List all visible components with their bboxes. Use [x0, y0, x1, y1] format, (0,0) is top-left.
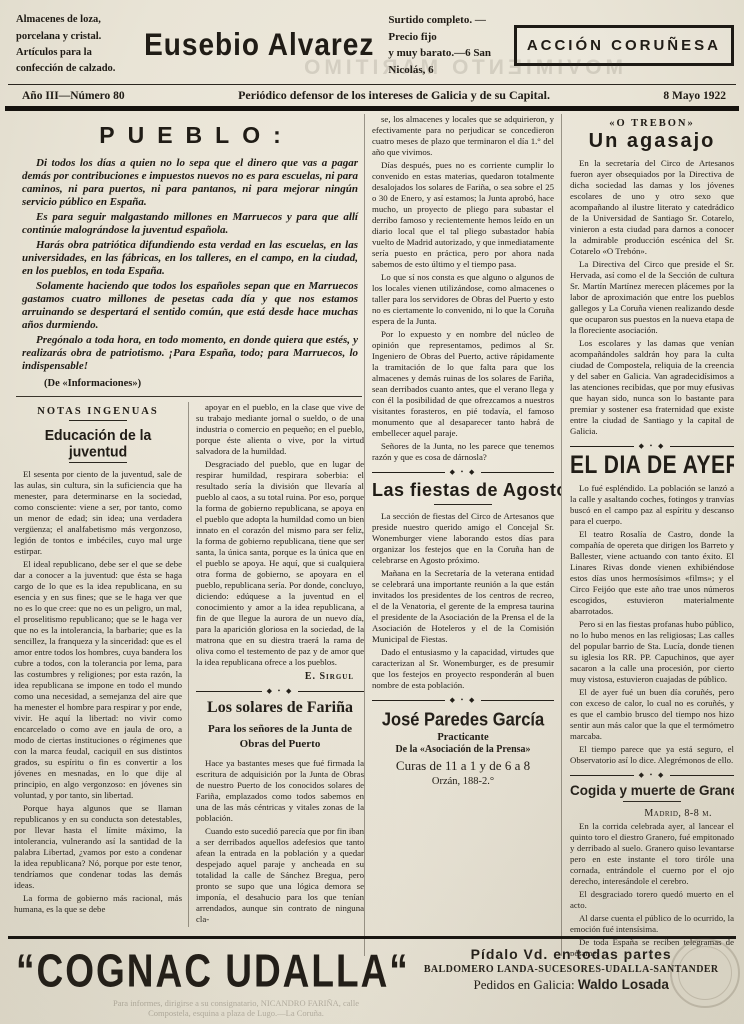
paragraph: Solamente haciendo que todos los español…	[22, 280, 358, 332]
article-pueblo: PUEBLO: Di todos los días a quien no lo …	[14, 122, 364, 389]
paragraph: Los escolares y las damas que venían aco…	[570, 338, 734, 437]
article-body: Hace ya bastantes meses que fué firmada …	[196, 758, 364, 925]
article-body: En la secretaría del Circo de Artesanos …	[570, 158, 734, 437]
article-subtitle: Para los señores de la Junta de Obras de…	[200, 722, 360, 752]
article-body: Lo fué espléndido. La población se lanzó…	[570, 483, 734, 766]
header: Almacenes de loza, porcelana y cristal. …	[0, 0, 744, 80]
divider	[8, 936, 736, 939]
issue-number: Año III—Número 80	[22, 90, 125, 102]
ornament-glyph	[634, 442, 671, 450]
ornament-glyph	[262, 687, 299, 695]
article-body: apoyar en el pueblo, en la clase que viv…	[196, 402, 364, 668]
paragraph: Hace ya bastantes meses que fué firmada …	[196, 758, 364, 824]
section-kicker: NOTAS INGENUAS	[14, 406, 182, 417]
article-body: se, los almacenes y locales que se adqui…	[372, 114, 554, 463]
paragraph: Por lo expuesto y en nombre del núcleo d…	[372, 329, 554, 439]
advert-right: Surtido completo. — Precio fijo y muy ba…	[384, 12, 503, 78]
article-signature: E. Sirgul	[196, 671, 364, 682]
divider	[623, 801, 681, 802]
divider	[16, 396, 362, 397]
article-title: EL DIA DE AYER	[570, 452, 734, 481]
paragraph: Mañana en la Secretaría de la veterana e…	[372, 568, 554, 645]
advert-brand: “COGNAC UDALLA“	[0, 945, 410, 998]
paragraph: Lo que sí nos consta es que alguno o alg…	[372, 272, 554, 327]
ornament-divider	[196, 687, 364, 695]
paragraph: Lo fué espléndido. La población se lanzó…	[570, 483, 734, 527]
store-name: Eusebio Alvarez	[144, 27, 374, 63]
paragraph: El tiempo parece que ya está seguro, el …	[570, 744, 734, 766]
paper-motto: Periódico defensor de los intereses de G…	[238, 88, 550, 103]
paragraph: Harás obra patriótica difundiendo esta v…	[22, 239, 358, 278]
ornament-divider	[570, 442, 734, 450]
article-title: PUEBLO:	[22, 122, 358, 149]
paragraph: La Directiva del Circo que preside el Sr…	[570, 259, 734, 336]
stamp-mark	[670, 938, 740, 1008]
article-body: La sección de fiestas del Circo de Artes…	[372, 511, 554, 691]
sub-columns: NOTAS INGENUAS Educación de la juventud …	[14, 402, 364, 927]
advert-line-prefix: Pedidos en Galicia:	[473, 977, 577, 992]
paragraph: Desgraciado del pueblo, que en lugar de …	[196, 459, 364, 668]
paragraph: El ideal republicano, debe ser el que se…	[14, 559, 182, 801]
left-column-pair: PUEBLO: Di todos los días a quien no lo …	[14, 114, 364, 956]
advert-line: De la «Asociación de la Prensa»	[372, 744, 554, 755]
advert-left-line1: Almacenes de loza, porcelana y cristal.	[16, 12, 134, 45]
newspaper-page: MOVIMIENTO MARITIMO Almacenes de loza, p…	[0, 0, 744, 1024]
advert-left: Almacenes de loza, porcelana y cristal. …	[16, 12, 134, 77]
paragraph: El de ayer fué un buen día coruñés, pero…	[570, 687, 734, 742]
ornament-glyph	[445, 696, 482, 704]
article-title: Cogida y muerte de Granero	[570, 783, 734, 798]
advert-line: Curas de 11 a 1 y de 6 a 8	[372, 758, 554, 774]
advert-cognac: “COGNAC UDALLA“ Pídalo Vd. en todas part…	[0, 945, 744, 993]
paragraph: se, los almacenes y locales que se adqui…	[372, 114, 554, 158]
advert-right-line2: y muy barato.—6 San Nicolás, 6	[388, 45, 503, 78]
ornament-divider	[372, 468, 554, 476]
article-body: Di todos los días a quien no lo sepa que…	[22, 157, 358, 373]
paragraph: El sesenta por ciento de la juventud, sa…	[14, 469, 182, 557]
paragraph: Pero si en las fiestas profanas hubo púb…	[570, 619, 734, 685]
article-title: Educación de la juventud	[14, 426, 182, 460]
paragraph: apoyar en el pueblo, en la clase que viv…	[196, 402, 364, 457]
advert-contact-name: Waldo Losada	[578, 977, 669, 992]
dateline: Año III—Número 80 Periódico defensor de …	[0, 85, 744, 105]
masthead-title: ACCIÓN CORUÑESA	[514, 25, 734, 66]
paragraph: En la secretaría del Circo de Artesanos …	[570, 158, 734, 257]
bleedthrough-text: Para informes, dirigirse a su consignata…	[96, 998, 376, 1018]
article-title: Las fiestas de Agosto	[372, 480, 554, 501]
column-1: NOTAS INGENUAS Educación de la juventud …	[14, 402, 188, 927]
article-dateline: Madrid, 8-8 m.	[570, 808, 734, 819]
advert-left-line2: Artículos para la confección de calzado.	[16, 45, 134, 78]
paragraph: Días después, pues no es corriente cumpl…	[372, 160, 554, 270]
main-content: PUEBLO: Di todos los días a quien no lo …	[14, 114, 734, 956]
paragraph: Dado el entusiasmo y la capacidad, virtu…	[372, 647, 554, 691]
paragraph: Señores de la Junta, no les parece que t…	[372, 441, 554, 463]
divider	[5, 106, 739, 111]
paragraph: Pregónalo a toda hora, en todo momento, …	[22, 334, 358, 373]
advert-right-line1: Surtido completo. — Precio fijo	[388, 12, 503, 45]
divider	[69, 420, 127, 421]
paragraph: Es para seguir malgastando millones en M…	[22, 211, 358, 237]
column-3: se, los almacenes y locales que se adqui…	[364, 114, 561, 956]
advert-line: Practicante	[372, 732, 554, 743]
divider	[434, 504, 492, 505]
ornament-divider	[570, 771, 734, 779]
paragraph: La sección de fiestas del Circo de Artes…	[372, 511, 554, 566]
issue-date: 8 Mayo 1922	[663, 90, 726, 102]
bottom-ad-band: “COGNAC UDALLA“ Pídalo Vd. en todas part…	[0, 936, 744, 1024]
divider	[69, 462, 127, 463]
column-2: apoyar en el pueblo, en la clase que viv…	[188, 402, 364, 927]
ornament-glyph	[445, 468, 482, 476]
article-title: Los solares de Fariña	[196, 699, 364, 717]
column-4: «O TREBON» Un agasajo En la secretaría d…	[561, 114, 734, 956]
ornament-glyph	[634, 771, 671, 779]
article-source: (De «Informaciones»)	[22, 378, 358, 389]
advert-name: José Paredes García	[372, 710, 554, 731]
advert-line: Orzán, 188-2.°	[372, 776, 554, 787]
section-kicker: «O TREBON»	[570, 118, 734, 129]
paragraph: En la corrida celebrada ayer, al lancear…	[570, 821, 734, 887]
advert-paredes: José Paredes García Practicante De la «A…	[372, 711, 554, 787]
paragraph: La forma de gobierno más racional, más h…	[14, 893, 182, 915]
article-title: Un agasajo	[570, 130, 734, 153]
paragraph: Porque haya algunos que se llaman republ…	[14, 803, 182, 891]
paragraph: Di todos los días a quien no lo sepa que…	[22, 157, 358, 209]
ornament-divider	[372, 696, 554, 704]
paragraph: El teatro Rosalía de Castro, donde la co…	[570, 529, 734, 617]
paragraph: Al darse cuenta el público de lo ocurrid…	[570, 913, 734, 935]
paragraph: El desgraciado torero quedó muerto en el…	[570, 889, 734, 911]
paragraph: Cuando esto sucedió parecía que por fin …	[196, 826, 364, 925]
article-body: El sesenta por ciento de la juventud, sa…	[14, 469, 182, 915]
